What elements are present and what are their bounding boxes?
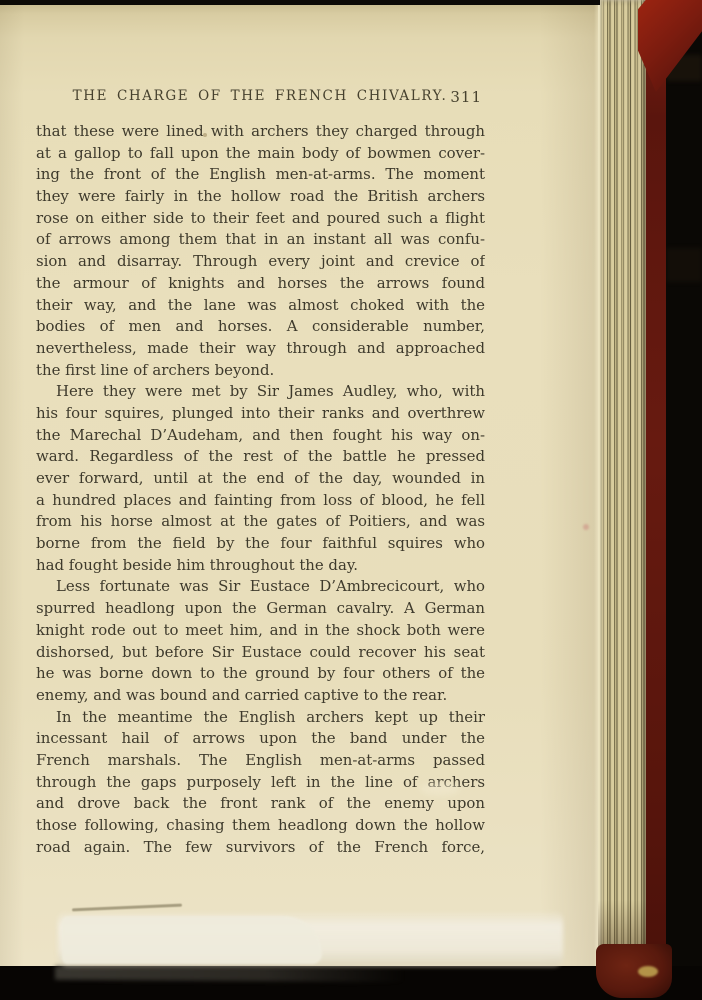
text-line: road again. The few survivors of the Fre… [36, 837, 485, 859]
page-number: 311 [450, 88, 482, 106]
text-line: ward. Regardless of the rest of the batt… [36, 446, 485, 468]
text-line: that these were lined with archers they … [36, 121, 485, 143]
page-text: that these were lined with archers they … [36, 121, 485, 858]
text-line: enemy, and was bound and carried captive… [36, 685, 485, 707]
book-cover-corner-bottom [596, 944, 672, 998]
text-line: through the gaps purposely left in the l… [36, 772, 485, 794]
header-title: THE CHARGE OF THE FRENCH CHIVALRY. [73, 88, 448, 104]
text-line: a hundred places and fainting from loss … [36, 490, 485, 512]
text-line: their way, and the lane was almost choke… [36, 295, 485, 317]
text-line: French marshals. The English men-at-arms… [36, 750, 485, 772]
text-line: and drove back the front rank of the ene… [36, 793, 485, 815]
text-line: incessant hail of arrows upon the band u… [36, 728, 485, 750]
text-line: the first line of archers beyond. [36, 360, 485, 382]
book-cover-spine-strip [646, 0, 666, 978]
scanned-book-photo: THE CHARGE OF THE FRENCH CHIVALRY. 311 t… [0, 0, 702, 1000]
text-line: at a gallop to fall upon the main body o… [36, 143, 485, 165]
background-right [664, 0, 702, 1000]
text-line: bodies of men and horses. A considerable… [36, 316, 485, 338]
text-line: his four squires, plunged into their ran… [36, 403, 485, 425]
running-header: THE CHARGE OF THE FRENCH CHIVALRY. 311 [36, 88, 484, 108]
text-line: spurred headlong upon the German cavalry… [36, 598, 485, 620]
bottom-shadow-wedge [55, 966, 405, 982]
text-line: ever forward, until at the end of the da… [36, 468, 485, 490]
text-line: knight rode out to meet him, and in the … [36, 620, 485, 642]
top-black-strip [0, 0, 600, 5]
text-line: borne from the field by the four faithfu… [36, 533, 485, 555]
text-line: In the meantime the English archers kept… [36, 707, 485, 729]
text-line: Less fortunate was Sir Eustace D’Ambreci… [36, 576, 485, 598]
text-line: nevertheless, made their way through and… [36, 338, 485, 360]
text-line: Here they were met by Sir James Audley, … [36, 381, 485, 403]
text-line: of arrows among them that in an instant … [36, 229, 485, 251]
text-line: had fought beside him throughout the day… [36, 555, 485, 577]
text-line: the Marechal D’Audeham, and then fought … [36, 425, 485, 447]
text-line: he was borne down to the ground by four … [36, 663, 485, 685]
text-line: they were fairly in the hollow road the … [36, 186, 485, 208]
text-line: from his horse almost at the gates of Po… [36, 511, 485, 533]
text-line: rose on either side to their feet and po… [36, 208, 485, 230]
text-line: dishorsed, but before Sir Eustace could … [36, 642, 485, 664]
scan-speck [203, 133, 207, 137]
page-edges-fore-edge [598, 0, 648, 960]
text-line: those following, chasing them headlong d… [36, 815, 485, 837]
scan-smudge [420, 782, 460, 796]
scan-speck [583, 524, 589, 530]
text-line: the armour of knights and horses the arr… [36, 273, 485, 295]
motion-blur-smear-core [62, 916, 322, 964]
background-shelf-band [666, 248, 702, 282]
text-line: ing the front of the English men-at-arms… [36, 164, 485, 186]
cover-corner-speck [638, 966, 658, 977]
text-line: sion and disarray. Through every joint a… [36, 251, 485, 273]
